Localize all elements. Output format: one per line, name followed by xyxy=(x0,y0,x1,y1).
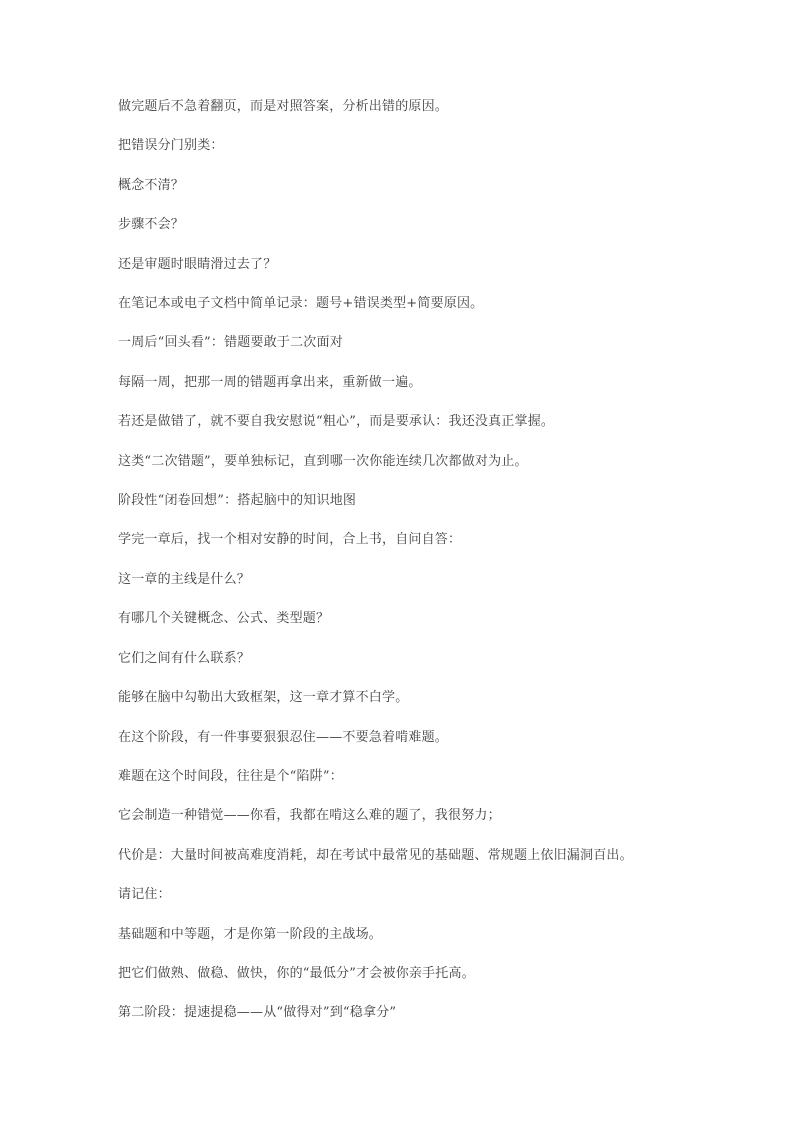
paragraph: 第二阶段：提速提稳——从“做得对”到“稳拿分” xyxy=(118,993,713,1032)
paragraph: 在这个阶段，有一件事要狠狠忍住——不要急着啃难题。 xyxy=(118,718,713,757)
paragraph: 请记住： xyxy=(118,875,713,914)
paragraph: 做完题后不急着翻页，而是对照答案，分析出错的原因。 xyxy=(118,87,713,126)
paragraph: 每隔一周，把那一周的错题再拿出来，重新做一遍。 xyxy=(118,363,713,402)
paragraph: 一周后“回头看”：错题要敢于二次面对 xyxy=(118,323,713,362)
paragraph: 概念不清？ xyxy=(118,166,713,205)
paragraph: 基础题和中等题，才是你第一阶段的主战场。 xyxy=(118,915,713,954)
paragraph: 还是审题时眼睛滑过去了？ xyxy=(118,245,713,284)
paragraph: 在笔记本或电子文档中简单记录：题号+错误类型+简要原因。 xyxy=(118,284,713,323)
paragraph: 有哪几个关键概念、公式、类型题？ xyxy=(118,599,713,638)
paragraph: 把错误分门别类： xyxy=(118,126,713,165)
paragraph: 它会制造一种错觉——你看，我都在啃这么难的题了，我很努力； xyxy=(118,796,713,835)
paragraph: 若还是做错了，就不要自我安慰说“粗心”，而是要承认：我还没真正掌握。 xyxy=(118,402,713,441)
document-page: 做完题后不急着翻页，而是对照答案，分析出错的原因。 把错误分门别类： 概念不清？… xyxy=(0,0,793,1122)
paragraph: 难题在这个时间段，往往是个“陷阱”： xyxy=(118,757,713,796)
paragraph: 步骤不会？ xyxy=(118,205,713,244)
paragraph: 它们之间有什么联系？ xyxy=(118,639,713,678)
paragraph: 把它们做熟、做稳、做快，你的“最低分”才会被你亲手托高。 xyxy=(118,954,713,993)
paragraph: 这类“二次错题”，要单独标记，直到哪一次你能连续几次都做对为止。 xyxy=(118,442,713,481)
paragraph: 这一章的主线是什么？ xyxy=(118,560,713,599)
paragraph: 学完一章后，找一个相对安静的时间，合上书，自问自答： xyxy=(118,520,713,559)
paragraph: 阶段性“闭卷回想”：搭起脑中的知识地图 xyxy=(118,481,713,520)
paragraph: 能够在脑中勾勒出大致框架，这一章才算不白学。 xyxy=(118,678,713,717)
paragraph: 代价是：大量时间被高难度消耗，却在考试中最常见的基础题、常规题上依旧漏洞百出。 xyxy=(118,836,713,875)
